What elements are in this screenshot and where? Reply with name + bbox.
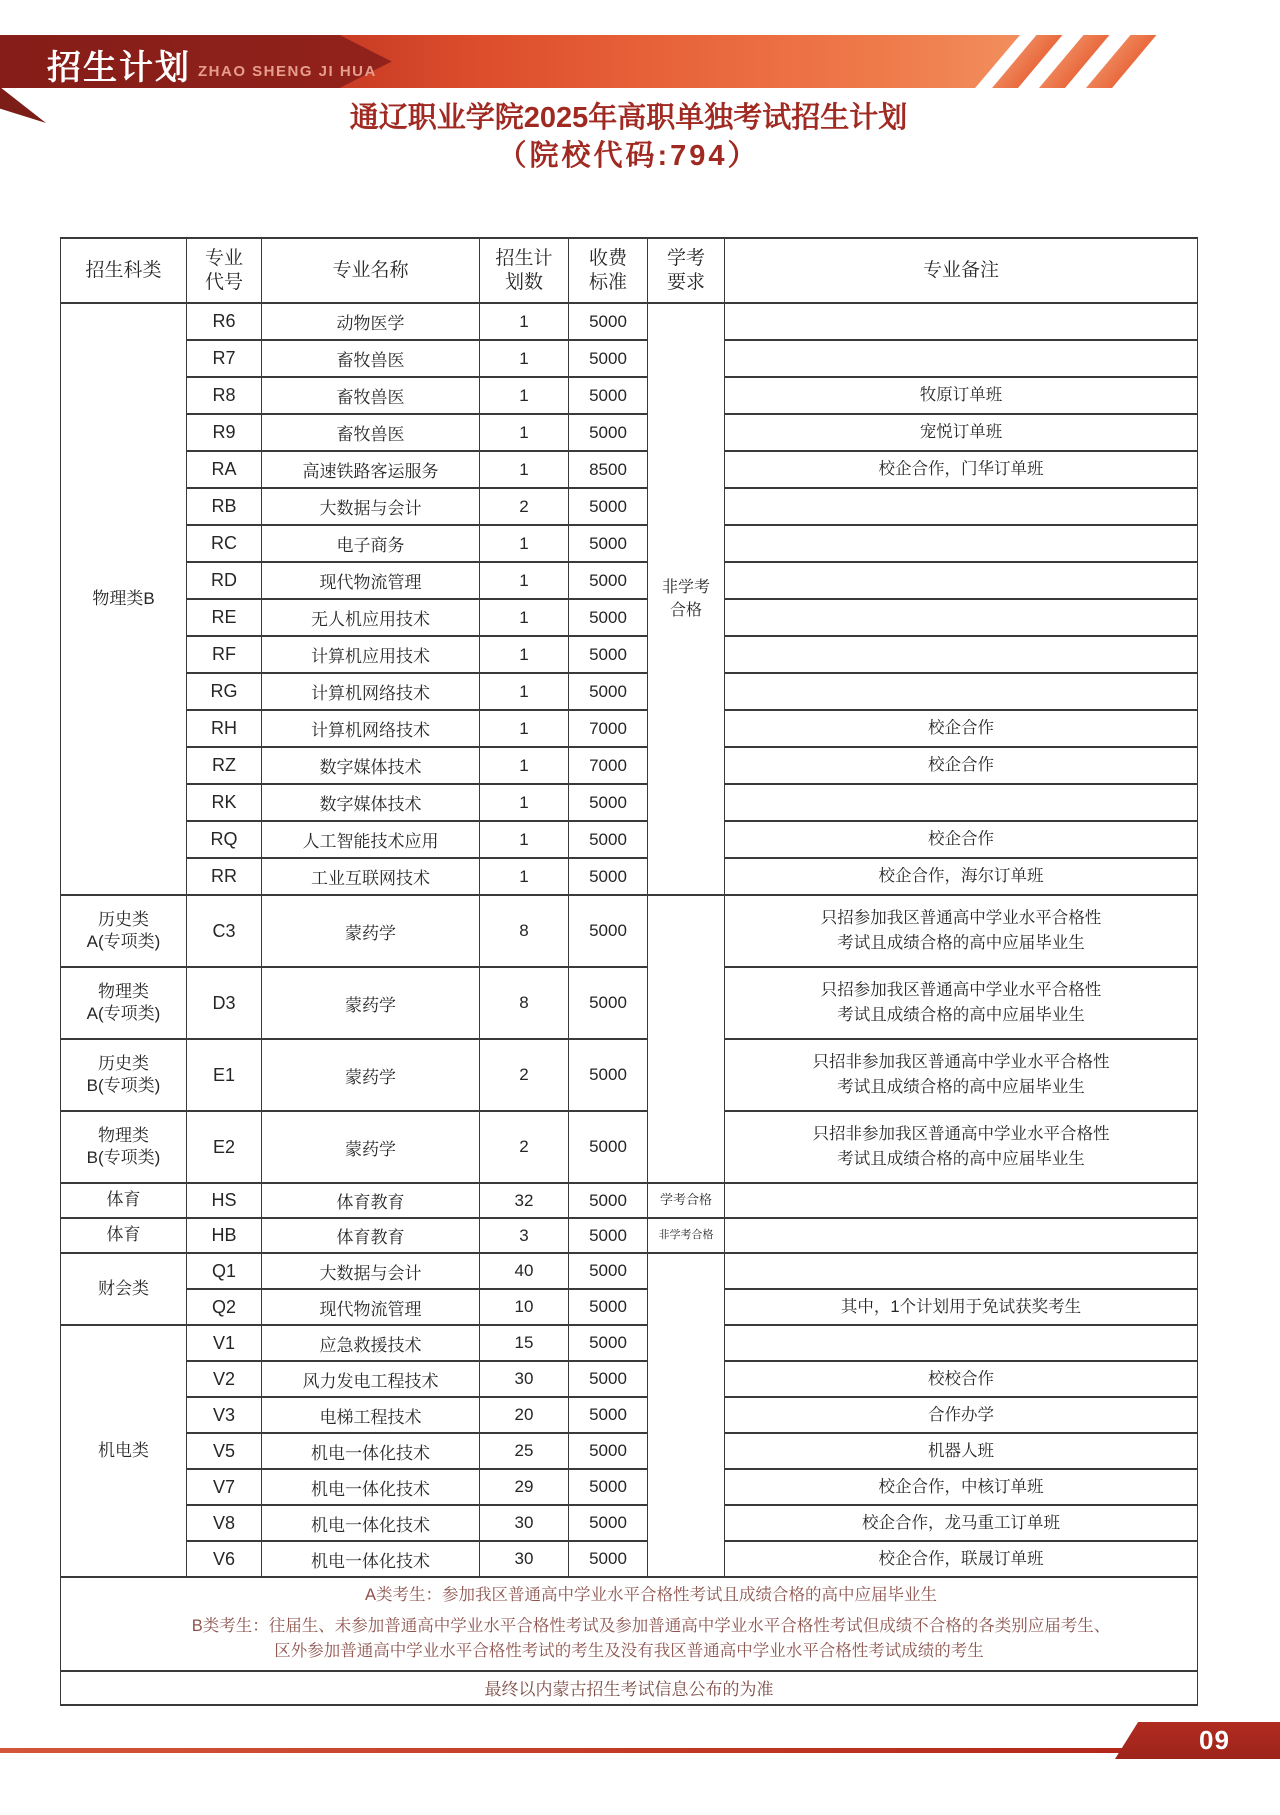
major-cell: 电子商务 xyxy=(262,525,480,562)
remark-cell xyxy=(725,340,1198,377)
code-cell: R9 xyxy=(187,414,262,451)
remark-cell: 校企合作 xyxy=(725,710,1198,747)
fee-cell: 5000 xyxy=(569,1289,648,1325)
remark-cell: 校企合作 xyxy=(725,821,1198,858)
code-cell: V7 xyxy=(187,1469,262,1505)
code-cell: Q1 xyxy=(187,1253,262,1289)
remark-cell xyxy=(725,1218,1198,1253)
category-cell: 体育 xyxy=(61,1218,187,1253)
code-cell: D3 xyxy=(187,967,262,1039)
fee-cell: 5000 xyxy=(569,1505,648,1541)
major-cell: 畜牧兽医 xyxy=(262,414,480,451)
major-cell: 机电一体化技术 xyxy=(262,1469,480,1505)
plan-count-cell: 1 xyxy=(480,340,569,377)
major-cell: 蒙药学 xyxy=(262,895,480,967)
plan-count-cell: 29 xyxy=(480,1469,569,1505)
column-header: 专业名称 xyxy=(262,238,480,303)
table-row: 物理类BR6动物医学15000非学考 合格 xyxy=(61,303,1198,340)
code-cell: R8 xyxy=(187,377,262,414)
plan-count-cell: 2 xyxy=(480,1111,569,1183)
remark-cell: 校企合作，门华订单班 xyxy=(725,451,1198,488)
fee-cell: 5000 xyxy=(569,1253,648,1289)
plan-count-cell: 1 xyxy=(480,784,569,821)
plan-count-cell: 10 xyxy=(480,1289,569,1325)
code-cell: RQ xyxy=(187,821,262,858)
fee-cell: 5000 xyxy=(569,340,648,377)
fee-cell: 5000 xyxy=(569,1469,648,1505)
remark-cell: 校企合作 xyxy=(725,747,1198,784)
table-row: V3电梯工程技术205000合作办学 xyxy=(61,1397,1198,1433)
major-cell: 人工智能技术应用 xyxy=(262,821,480,858)
major-cell: 大数据与会计 xyxy=(262,1253,480,1289)
fee-cell: 5000 xyxy=(569,967,648,1039)
major-cell: 体育教育 xyxy=(262,1218,480,1253)
page-title: 通辽职业学院2025年高职单独考试招生计划 （院校代码:794） xyxy=(60,100,1197,175)
note-a-category: A类考生：参加我区普通高中学业水平合格性考试且成绩合格的高中应届毕业生 xyxy=(61,1583,1197,1609)
document-page: 招生计划 ZHAO SHENG JI HUA 通辽职业学院2025年高职单独考试… xyxy=(0,0,1280,1815)
plan-count-cell: 1 xyxy=(480,636,569,673)
category-cell: 历史类 A(专项类) xyxy=(61,895,187,967)
page-number-badge: 09 xyxy=(1115,1722,1280,1759)
category-cell: 物理类 B(专项类) xyxy=(61,1111,187,1183)
fee-cell: 5000 xyxy=(569,1433,648,1469)
remark-cell: 牧原订单班 xyxy=(725,377,1198,414)
table-row: V7机电一体化技术295000校企合作，中核订单班 xyxy=(61,1469,1198,1505)
plan-count-cell: 3 xyxy=(480,1218,569,1253)
page-number: 09 xyxy=(1165,1725,1230,1756)
fee-cell: 5000 xyxy=(569,377,648,414)
major-cell: 大数据与会计 xyxy=(262,488,480,525)
table-row: V5机电一体化技术255000机器人班 xyxy=(61,1433,1198,1469)
remark-cell xyxy=(725,784,1198,821)
remark-cell: 校企合作，龙马重工订单班 xyxy=(725,1505,1198,1541)
fee-cell: 5000 xyxy=(569,303,648,340)
table-row: RZ数字媒体技术17000校企合作 xyxy=(61,747,1198,784)
remark-cell xyxy=(725,1253,1198,1289)
code-cell: V6 xyxy=(187,1541,262,1577)
exam-requirement-cell: 非学考 合格 xyxy=(648,303,725,895)
code-cell: RF xyxy=(187,636,262,673)
table-row: 机电类V1应急救援技术155000 xyxy=(61,1325,1198,1361)
table-row: RB大数据与会计25000 xyxy=(61,488,1198,525)
major-cell: 畜牧兽医 xyxy=(262,377,480,414)
table-row: V2风力发电工程技术305000校校合作 xyxy=(61,1361,1198,1397)
plan-count-cell: 25 xyxy=(480,1433,569,1469)
code-cell: RK xyxy=(187,784,262,821)
code-cell: R7 xyxy=(187,340,262,377)
category-cell: 物理类B xyxy=(61,303,187,895)
plan-count-cell: 1 xyxy=(480,525,569,562)
table-row: 物理类 B(专项类)E2蒙药学25000只招非参加我区普通高中学业水平合格性 考… xyxy=(61,1111,1198,1183)
remark-cell: 合作办学 xyxy=(725,1397,1198,1433)
table-row: R7畜牧兽医15000 xyxy=(61,340,1198,377)
table-row: V8机电一体化技术305000校企合作，龙马重工订单班 xyxy=(61,1505,1198,1541)
fee-cell: 5000 xyxy=(569,562,648,599)
remark-cell xyxy=(725,562,1198,599)
major-cell: 机电一体化技术 xyxy=(262,1505,480,1541)
remark-cell: 只招非参加我区普通高中学业水平合格性 考试且成绩合格的高中应届毕业生 xyxy=(725,1039,1198,1111)
fee-cell: 5000 xyxy=(569,1361,648,1397)
plan-count-cell: 1 xyxy=(480,599,569,636)
major-cell: 数字媒体技术 xyxy=(262,784,480,821)
fee-cell: 5000 xyxy=(569,1397,648,1433)
remark-cell: 只招参加我区普通高中学业水平合格性 考试且成绩合格的高中应届毕业生 xyxy=(725,967,1198,1039)
code-cell: V2 xyxy=(187,1361,262,1397)
fee-cell: 5000 xyxy=(569,1183,648,1218)
remark-cell xyxy=(725,636,1198,673)
plan-count-cell: 30 xyxy=(480,1541,569,1577)
fee-cell: 5000 xyxy=(569,1541,648,1577)
fee-cell: 8500 xyxy=(569,451,648,488)
code-cell: R6 xyxy=(187,303,262,340)
major-cell: 风力发电工程技术 xyxy=(262,1361,480,1397)
enrollment-plan-table: 招生科类专业 代号专业名称招生计 划数收费 标准学考 要求专业备注物理类BR6动… xyxy=(60,237,1198,1706)
major-cell: 电梯工程技术 xyxy=(262,1397,480,1433)
fee-cell: 5000 xyxy=(569,525,648,562)
remark-cell xyxy=(725,488,1198,525)
category-cell: 物理类 A(专项类) xyxy=(61,967,187,1039)
major-cell: 应急救援技术 xyxy=(262,1325,480,1361)
code-cell: RB xyxy=(187,488,262,525)
table-row: 历史类 A(专项类)C3蒙药学85000只招参加我区普通高中学业水平合格性 考试… xyxy=(61,895,1198,967)
banner-title: 招生计划 xyxy=(47,40,191,89)
code-cell: RR xyxy=(187,858,262,895)
fee-cell: 5000 xyxy=(569,858,648,895)
fee-cell: 5000 xyxy=(569,1325,648,1361)
remark-cell: 校企合作，联晟订单班 xyxy=(725,1541,1198,1577)
remark-cell xyxy=(725,673,1198,710)
footer-accent-line xyxy=(0,1748,1165,1753)
table-row: V6机电一体化技术305000校企合作，联晟订单班 xyxy=(61,1541,1198,1577)
plan-count-cell: 40 xyxy=(480,1253,569,1289)
table-row: 财会类Q1大数据与会计405000 xyxy=(61,1253,1198,1289)
major-cell: 蒙药学 xyxy=(262,967,480,1039)
remark-cell: 宠悦订单班 xyxy=(725,414,1198,451)
fee-cell: 5000 xyxy=(569,784,648,821)
final-note: 最终以内蒙古招生考试信息公布的为准 xyxy=(61,1671,1198,1705)
plan-count-cell: 32 xyxy=(480,1183,569,1218)
code-cell: RZ xyxy=(187,747,262,784)
plan-count-cell: 1 xyxy=(480,562,569,599)
code-cell: RA xyxy=(187,451,262,488)
code-cell: RE xyxy=(187,599,262,636)
code-cell: Q2 xyxy=(187,1289,262,1325)
table-row: RC电子商务15000 xyxy=(61,525,1198,562)
category-cell: 历史类 B(专项类) xyxy=(61,1039,187,1111)
code-cell: HS xyxy=(187,1183,262,1218)
major-cell: 动物医学 xyxy=(262,303,480,340)
fee-cell: 5000 xyxy=(569,1039,648,1111)
page-banner: 招生计划 ZHAO SHENG JI HUA xyxy=(0,35,1280,88)
major-cell: 无人机应用技术 xyxy=(262,599,480,636)
plan-count-cell: 8 xyxy=(480,967,569,1039)
exam-requirement-cell: 非学考合格 xyxy=(648,1218,725,1253)
code-cell: E2 xyxy=(187,1111,262,1183)
fee-cell: 5000 xyxy=(569,414,648,451)
plan-count-cell: 15 xyxy=(480,1325,569,1361)
major-cell: 机电一体化技术 xyxy=(262,1433,480,1469)
remark-cell xyxy=(725,303,1198,340)
plan-count-cell: 1 xyxy=(480,710,569,747)
table-row: RD现代物流管理15000 xyxy=(61,562,1198,599)
major-cell: 畜牧兽医 xyxy=(262,340,480,377)
code-cell: RG xyxy=(187,673,262,710)
major-cell: 蒙药学 xyxy=(262,1039,480,1111)
table-row: RG计算机网络技术15000 xyxy=(61,673,1198,710)
remark-cell: 校企合作，海尔订单班 xyxy=(725,858,1198,895)
notes-row: A类考生：参加我区普通高中学业水平合格性考试且成绩合格的高中应届毕业生B类考生：… xyxy=(61,1577,1198,1671)
page-title-line2: （院校代码:794） xyxy=(497,140,759,172)
exam-requirement-cell xyxy=(648,1253,725,1577)
remark-cell: 校校合作 xyxy=(725,1361,1198,1397)
category-cell: 机电类 xyxy=(61,1325,187,1577)
code-cell: RD xyxy=(187,562,262,599)
fee-cell: 5000 xyxy=(569,1111,648,1183)
table-row: 体育HS体育教育325000学考合格 xyxy=(61,1183,1198,1218)
code-cell: RC xyxy=(187,525,262,562)
remark-cell: 校企合作，中核订单班 xyxy=(725,1469,1198,1505)
major-cell: 数字媒体技术 xyxy=(262,747,480,784)
plan-count-cell: 2 xyxy=(480,488,569,525)
column-header: 招生计 划数 xyxy=(480,238,569,303)
table-row: R9畜牧兽医15000宠悦订单班 xyxy=(61,414,1198,451)
fee-cell: 7000 xyxy=(569,747,648,784)
code-cell: HB xyxy=(187,1218,262,1253)
category-cell: 体育 xyxy=(61,1183,187,1218)
table-row: RH计算机网络技术17000校企合作 xyxy=(61,710,1198,747)
remark-cell xyxy=(725,1183,1198,1218)
remark-cell xyxy=(725,525,1198,562)
column-header: 收费 标准 xyxy=(569,238,648,303)
final-note-row: 最终以内蒙古招生考试信息公布的为准 xyxy=(61,1671,1198,1705)
table-row: 体育HB体育教育35000非学考合格 xyxy=(61,1218,1198,1253)
code-cell: V1 xyxy=(187,1325,262,1361)
fee-cell: 7000 xyxy=(569,710,648,747)
column-header: 专业备注 xyxy=(725,238,1198,303)
table-row: R8畜牧兽医15000牧原订单班 xyxy=(61,377,1198,414)
table-row: Q2现代物流管理105000其中，1个计划用于免试获奖考生 xyxy=(61,1289,1198,1325)
column-header: 学考 要求 xyxy=(648,238,725,303)
major-cell: 计算机网络技术 xyxy=(262,710,480,747)
major-cell: 蒙药学 xyxy=(262,1111,480,1183)
plan-count-cell: 1 xyxy=(480,858,569,895)
remark-cell xyxy=(725,1325,1198,1361)
page-title-line1: 通辽职业学院2025年高职单独考试招生计划 xyxy=(350,102,908,134)
notes-cell: A类考生：参加我区普通高中学业水平合格性考试且成绩合格的高中应届毕业生B类考生：… xyxy=(61,1577,1198,1671)
plan-count-cell: 1 xyxy=(480,377,569,414)
code-cell: V5 xyxy=(187,1433,262,1469)
fee-cell: 5000 xyxy=(569,673,648,710)
plan-count-cell: 1 xyxy=(480,673,569,710)
major-cell: 现代物流管理 xyxy=(262,562,480,599)
note-b-category: B类考生：往届生、未参加普通高中学业水平合格性考试及参加普通高中学业水平合格性考… xyxy=(61,1614,1197,1665)
fee-cell: 5000 xyxy=(569,488,648,525)
table-row: RQ人工智能技术应用15000校企合作 xyxy=(61,821,1198,858)
plan-count-cell: 2 xyxy=(480,1039,569,1111)
major-cell: 计算机应用技术 xyxy=(262,636,480,673)
major-cell: 现代物流管理 xyxy=(262,1289,480,1325)
fee-cell: 5000 xyxy=(569,895,648,967)
fee-cell: 5000 xyxy=(569,1218,648,1253)
exam-requirement-cell: 学考合格 xyxy=(648,1183,725,1218)
major-cell: 体育教育 xyxy=(262,1183,480,1218)
table-row: RK数字媒体技术15000 xyxy=(61,784,1198,821)
remark-cell: 机器人班 xyxy=(725,1433,1198,1469)
table-row: RR工业互联网技术15000校企合作，海尔订单班 xyxy=(61,858,1198,895)
remark-cell: 只招参加我区普通高中学业水平合格性 考试且成绩合格的高中应届毕业生 xyxy=(725,895,1198,967)
fee-cell: 5000 xyxy=(569,599,648,636)
remark-cell: 其中，1个计划用于免试获奖考生 xyxy=(725,1289,1198,1325)
banner-fold-corner xyxy=(0,87,46,123)
major-cell: 机电一体化技术 xyxy=(262,1541,480,1577)
table-row: 历史类 B(专项类)E1蒙药学25000只招非参加我区普通高中学业水平合格性 考… xyxy=(61,1039,1198,1111)
category-cell: 财会类 xyxy=(61,1253,187,1325)
fee-cell: 5000 xyxy=(569,636,648,673)
plan-count-cell: 1 xyxy=(480,451,569,488)
exam-requirement-cell xyxy=(648,895,725,1183)
code-cell: RH xyxy=(187,710,262,747)
plan-count-cell: 1 xyxy=(480,821,569,858)
plan-count-cell: 30 xyxy=(480,1505,569,1541)
code-cell: V8 xyxy=(187,1505,262,1541)
code-cell: V3 xyxy=(187,1397,262,1433)
code-cell: E1 xyxy=(187,1039,262,1111)
column-header: 专业 代号 xyxy=(187,238,262,303)
table-row: RA高速铁路客运服务18500校企合作，门华订单班 xyxy=(61,451,1198,488)
table-row: RF计算机应用技术15000 xyxy=(61,636,1198,673)
major-cell: 计算机网络技术 xyxy=(262,673,480,710)
remark-cell: 只招非参加我区普通高中学业水平合格性 考试且成绩合格的高中应届毕业生 xyxy=(725,1111,1198,1183)
banner-subtitle-pinyin: ZHAO SHENG JI HUA xyxy=(198,63,377,80)
code-cell: C3 xyxy=(187,895,262,967)
plan-count-cell: 1 xyxy=(480,747,569,784)
column-header: 招生科类 xyxy=(61,238,187,303)
major-cell: 高速铁路客运服务 xyxy=(262,451,480,488)
major-cell: 工业互联网技术 xyxy=(262,858,480,895)
plan-count-cell: 1 xyxy=(480,303,569,340)
table-row: 物理类 A(专项类)D3蒙药学85000只招参加我区普通高中学业水平合格性 考试… xyxy=(61,967,1198,1039)
plan-count-cell: 1 xyxy=(480,414,569,451)
table-row: RE无人机应用技术15000 xyxy=(61,599,1198,636)
plan-count-cell: 30 xyxy=(480,1361,569,1397)
plan-count-cell: 8 xyxy=(480,895,569,967)
plan-count-cell: 20 xyxy=(480,1397,569,1433)
fee-cell: 5000 xyxy=(569,821,648,858)
remark-cell xyxy=(725,599,1198,636)
